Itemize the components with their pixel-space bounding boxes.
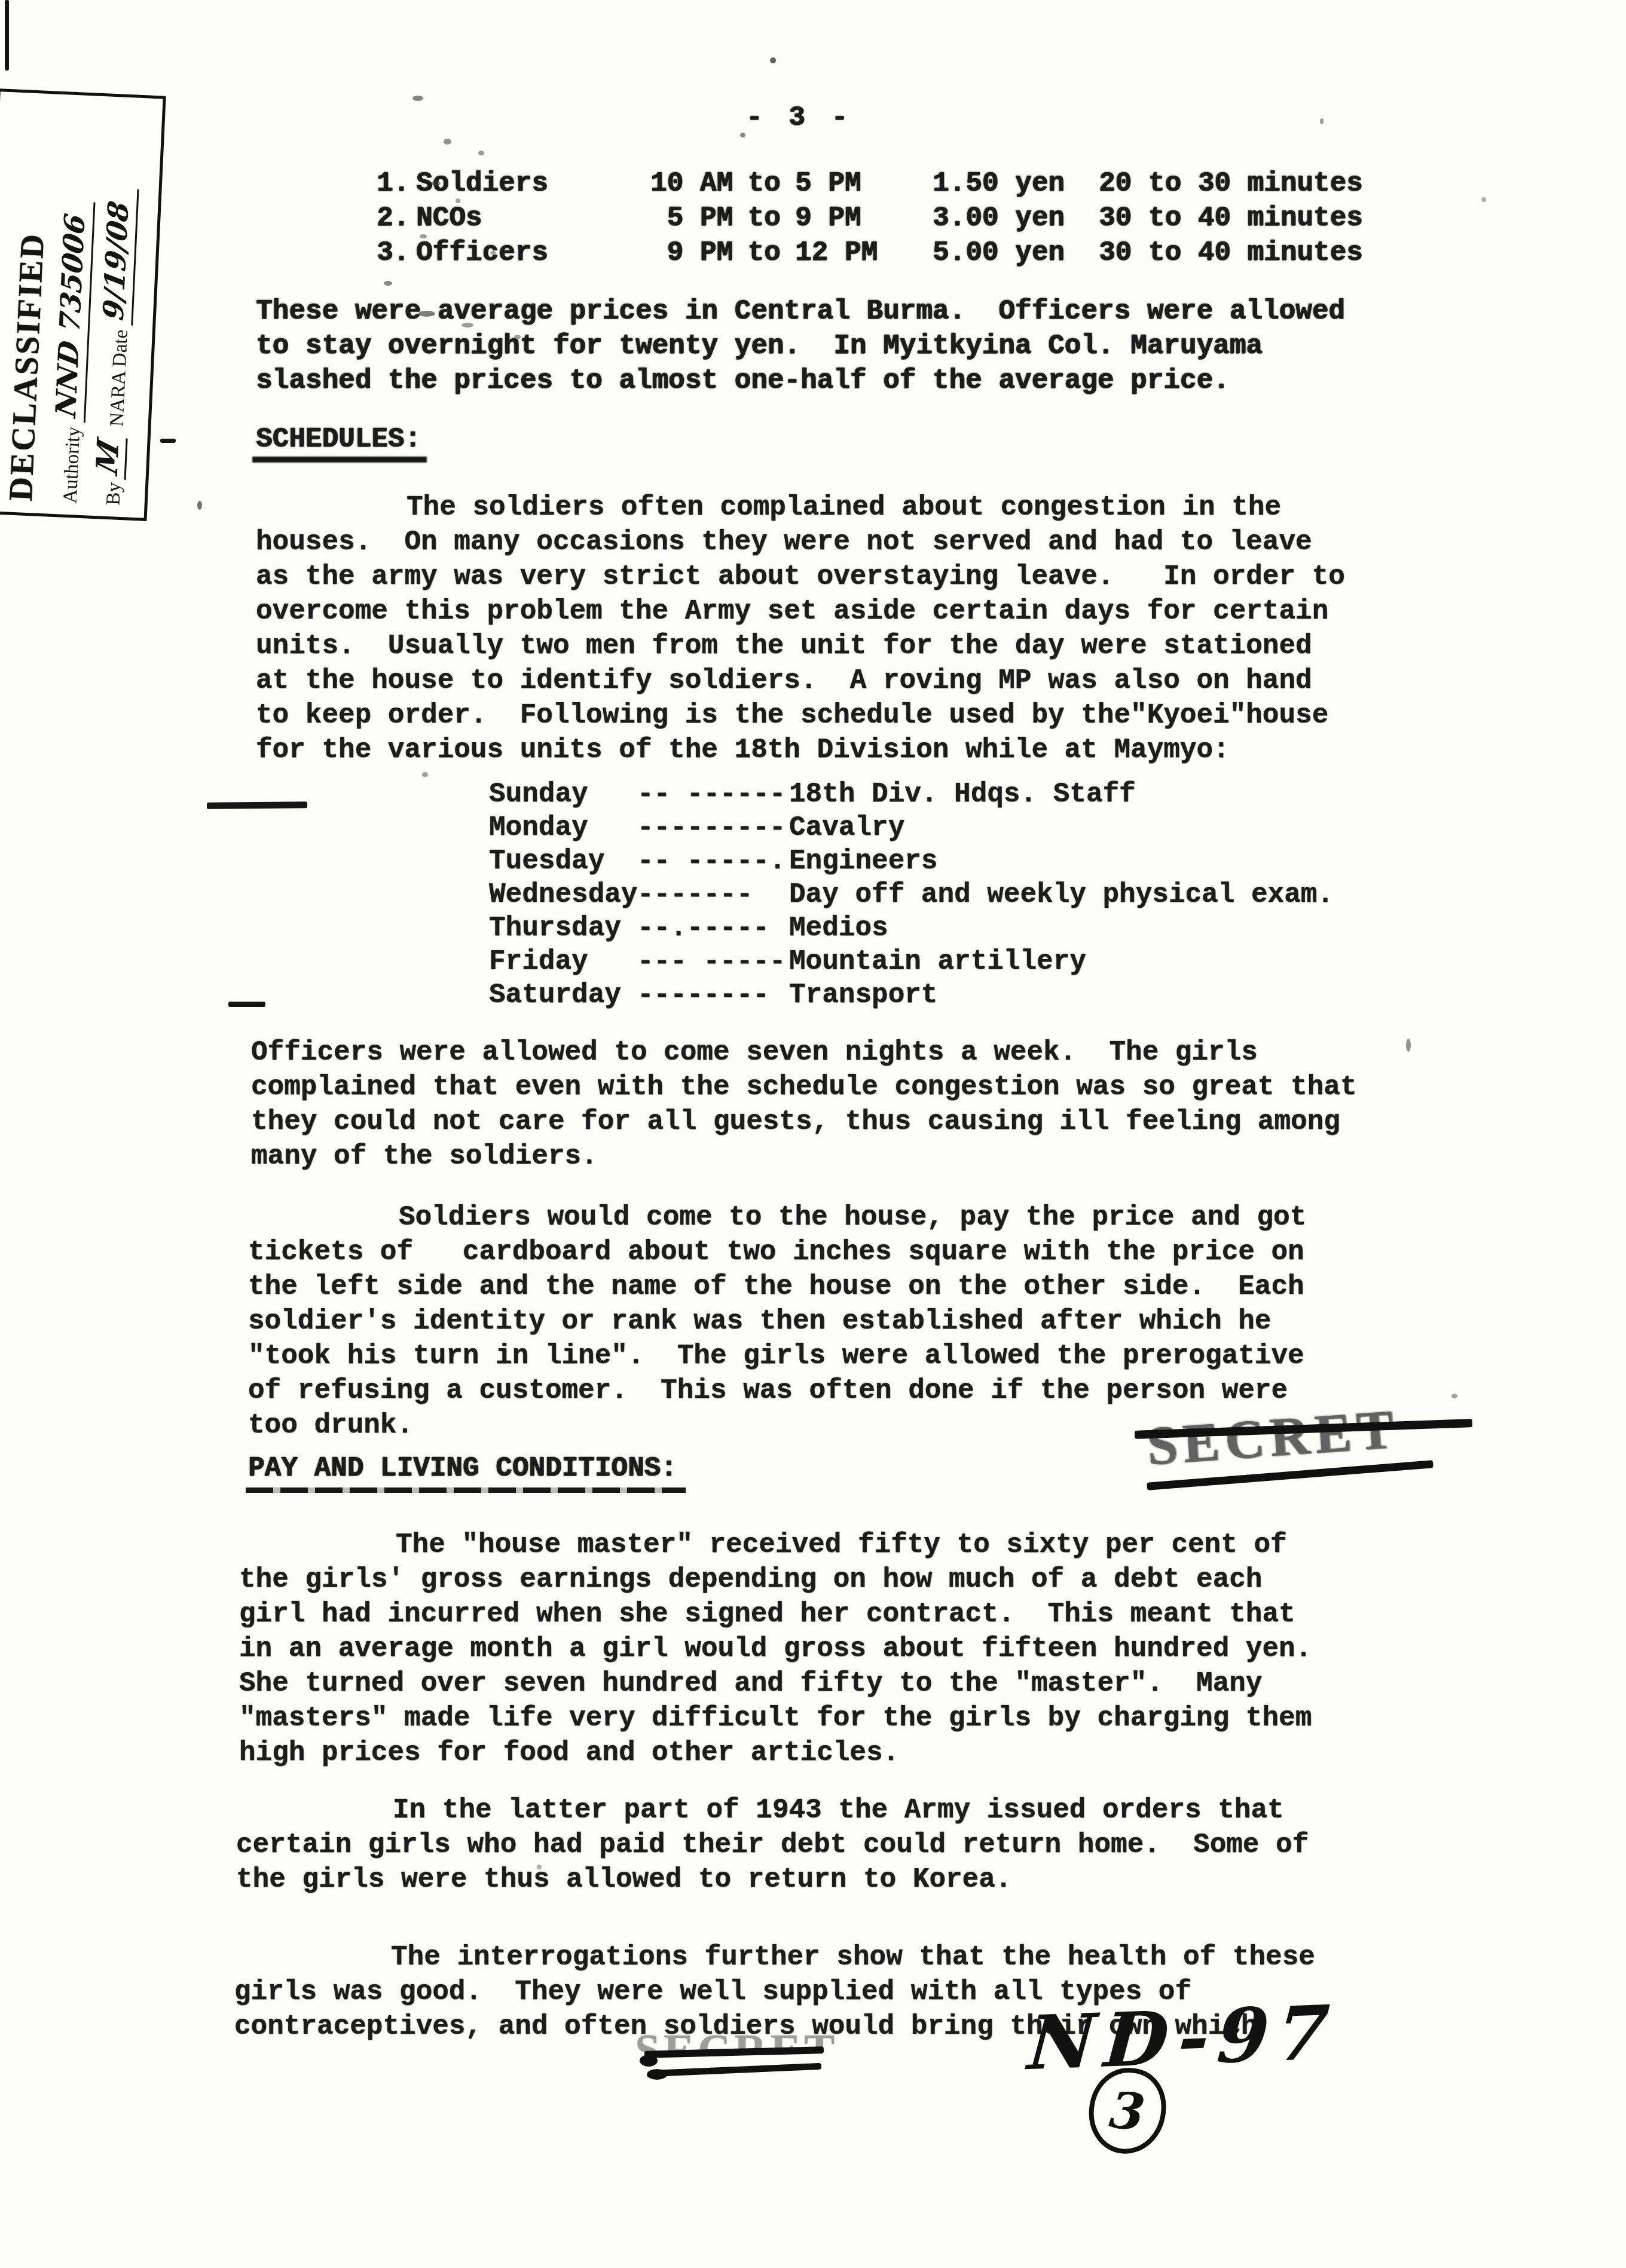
text-line: certain girls who had paid their debt co… — [236, 1828, 1309, 1862]
schedules-paragraph: The soldiers often complained about cong… — [256, 490, 1345, 767]
schedule-unit: Engineers — [789, 844, 937, 877]
schedule-row: Monday --------- Cavalry — [489, 810, 1334, 844]
pay-living-heading: PAY AND LIVING CONDITIONS: — [248, 1451, 677, 1486]
scan-speckle — [1406, 1039, 1411, 1052]
text-line: at the house to identify soldiers. A rov… — [256, 663, 1345, 698]
row-start-time: 10 AM — [625, 166, 733, 201]
row-duration: 30 to 40 minutes — [1099, 201, 1386, 235]
schedule-row: Friday --- ----- Mountain artillery — [489, 944, 1334, 978]
schedule-day: Saturday — [489, 978, 637, 1011]
schedule-day: Friday — [489, 944, 637, 978]
schedule-day: Thursday — [489, 911, 637, 944]
text-line: slashed the prices to almost one-half of… — [256, 363, 1345, 398]
schedule-row: Sunday -- ------ 18th Div. Hdqs. Staff — [489, 777, 1334, 810]
row-group: NCOs — [416, 201, 625, 235]
text-line: for the various units of the 18th Divisi… — [256, 733, 1345, 767]
nara-date-value-handwritten: 9/19/08 — [97, 183, 139, 326]
scan-speckle — [418, 311, 435, 317]
by-signature-handwritten: M — [89, 428, 127, 480]
text-line: houses. On many occasions they were not … — [256, 525, 1345, 559]
schedule-dashes: -- -----. — [637, 844, 789, 877]
text-line: "masters" made life very difficult for t… — [239, 1701, 1312, 1736]
handwritten-nd-number: ND-97 — [1025, 1990, 1340, 2087]
scan-speckle — [422, 772, 428, 777]
schedule-unit: Day off and weekly physical exam. — [789, 877, 1334, 911]
scan-speckle — [478, 151, 484, 155]
text-line: The "house master" received fifty to six… — [239, 1528, 1312, 1562]
text-line: in an average month a girl would gross a… — [239, 1632, 1312, 1666]
schedule-dashes: --- ----- — [637, 944, 789, 978]
scan-speckle — [1320, 118, 1324, 124]
intro-paragraph: These were average prices in Central Bur… — [256, 294, 1345, 398]
text-line: tickets of cardboard about two inches sq… — [248, 1235, 1306, 1269]
scan-speckle — [432, 180, 441, 186]
text-line: the girls were thus allowed to return to… — [236, 1862, 1309, 1897]
margin-mark — [160, 439, 176, 443]
authority-label: Authority — [60, 426, 85, 504]
schedule-day: Wednesday — [489, 877, 637, 911]
row-duration: 20 to 30 minutes — [1099, 166, 1386, 201]
text-line: to stay overnight for twenty yen. In Myi… — [256, 329, 1345, 363]
row-end-time: 9 PM — [795, 201, 915, 235]
schedule-unit: 18th Div. Hdqs. Staff — [789, 777, 1136, 810]
row-to: to — [733, 166, 795, 201]
schedule-dashes: -------- — [637, 978, 789, 1011]
schedule-row: Thursday --.----- Medios — [489, 911, 1334, 944]
pay-living-heading-wrap: PAY AND LIVING CONDITIONS: — [248, 1451, 677, 1486]
schedules-heading-wrap: SCHEDULES: — [256, 422, 421, 457]
scanned-document-page: DECLASSIFIED Authority NND 735006 By M N… — [0, 0, 1626, 2268]
row-start-time: 5 PM — [625, 201, 733, 235]
scan-speckle — [537, 1865, 542, 1869]
text-line: as the army was very strict about overst… — [256, 559, 1345, 594]
nara-date-label: NARA Date — [106, 329, 133, 427]
margin-mark — [207, 801, 307, 809]
row-duration: 30 to 40 minutes — [1099, 235, 1386, 270]
row-group: Officers — [416, 235, 625, 270]
faint-stamp-ink-blob — [647, 2069, 667, 2080]
price-table-row: 2. NCOs 5 PM to 9 PM 3.00 yen 30 to 40 m… — [377, 201, 1386, 235]
text-line: Soldiers would come to the house, pay th… — [248, 1200, 1306, 1235]
text-line: to keep order. Following is the schedule… — [256, 698, 1345, 733]
schedule-dashes: --.----- — [637, 911, 789, 944]
row-price: 3.00 yen — [933, 201, 1081, 235]
text-line: the left side and the name of the house … — [248, 1269, 1306, 1304]
circled-page-number-value: 3 — [1107, 2080, 1148, 2142]
schedule-row: Tuesday -- -----. Engineers — [489, 844, 1334, 877]
row-group: Soldiers — [416, 166, 625, 201]
row-number: 2. — [377, 201, 416, 235]
officers-paragraph: Officers were allowed to come seven nigh… — [251, 1035, 1357, 1174]
row-to: to — [733, 201, 795, 235]
text-line: These were average prices in Central Bur… — [256, 294, 1345, 329]
scan-speckle — [420, 234, 427, 238]
scan-speckle — [514, 335, 521, 339]
text-line: In the latter part of 1943 the Army issu… — [236, 1793, 1309, 1828]
schedule-unit: Mountain artillery — [789, 944, 1086, 978]
faint-stamp-ink-blob — [640, 2055, 658, 2067]
schedule-dashes: ------- — [637, 877, 789, 911]
text-line: overcome this problem the Army set aside… — [256, 594, 1345, 629]
schedule-row: Wednesday ------- Day off and weekly phy… — [489, 877, 1334, 911]
text-line: soldier's identity or rank was then esta… — [248, 1304, 1306, 1339]
schedule-unit: Transport — [789, 978, 937, 1011]
schedule-dashes: -- ------ — [637, 777, 789, 810]
return-paragraph: In the latter part of 1943 the Army issu… — [236, 1793, 1309, 1897]
row-to: to — [733, 235, 795, 270]
text-line: they could not care for all guests, thus… — [251, 1104, 1357, 1139]
text-line: complained that even with the schedule c… — [251, 1070, 1357, 1104]
scan-speckle — [461, 323, 473, 328]
scan-speckle — [490, 251, 496, 255]
schedules-heading: SCHEDULES: — [256, 422, 421, 457]
week-schedule-list: Sunday -- ------ 18th Div. Hdqs. Staff M… — [489, 777, 1334, 1011]
row-number: 3. — [377, 235, 416, 270]
scan-speckle — [197, 501, 202, 510]
row-price: 1.50 yen — [933, 166, 1081, 201]
text-line: of refusing a customer. This was often d… — [248, 1373, 1306, 1408]
margin-mark — [228, 1002, 265, 1007]
scan-speckle — [1451, 1394, 1457, 1398]
tickets-paragraph: Soldiers would come to the house, pay th… — [248, 1200, 1306, 1443]
authority-value-handwritten: NND 735006 — [50, 195, 95, 423]
scan-edge-artifact — [5, 0, 9, 71]
scan-speckle — [412, 96, 423, 101]
schedule-day: Monday — [489, 810, 637, 844]
scan-speckle — [740, 133, 745, 137]
by-label: By — [103, 482, 126, 506]
row-start-time: 9 PM — [625, 235, 733, 270]
text-line: "took his turn in line". The girls were … — [248, 1339, 1306, 1373]
row-number: 1. — [377, 166, 416, 201]
text-line: The soldiers often complained about cong… — [256, 490, 1345, 525]
scan-speckle — [770, 57, 776, 63]
house-master-paragraph: The "house master" received fifty to six… — [239, 1528, 1312, 1770]
price-table-row: 3. Officers 9 PM to 12 PM 5.00 yen 30 to… — [377, 235, 1386, 270]
text-line: girl had incurred when she signed her co… — [239, 1597, 1312, 1632]
row-end-time: 5 PM — [795, 166, 915, 201]
text-line: the girls' gross earnings depending on h… — [239, 1562, 1312, 1597]
page-number: - 3 - — [746, 100, 852, 135]
schedule-unit: Medios — [789, 911, 888, 944]
price-table-row: 1. Soldiers 10 AM to 5 PM 1.50 yen 20 to… — [377, 166, 1386, 201]
row-end-time: 12 PM — [795, 235, 915, 270]
faint-stamp-strike-line — [649, 2063, 821, 2077]
declassified-stamp-content: DECLASSIFIED Authority NND 735006 By M N… — [0, 103, 157, 507]
scan-speckle — [456, 198, 460, 203]
schedule-dashes: --------- — [637, 810, 789, 844]
scan-speckle — [1481, 197, 1486, 202]
schedule-day: Tuesday — [489, 844, 637, 877]
schedule-day: Sunday — [489, 777, 637, 810]
text-line: She turned over seven hundred and fifty … — [239, 1666, 1312, 1701]
text-line: high prices for food and other articles. — [239, 1736, 1312, 1770]
scan-speckle — [444, 139, 451, 145]
scan-speckle — [384, 281, 392, 286]
row-price: 5.00 yen — [933, 235, 1081, 270]
schedule-row: Saturday -------- Transport — [489, 978, 1334, 1011]
schedule-unit: Cavalry — [789, 810, 904, 844]
declassified-stamp: DECLASSIFIED Authority NND 735006 By M N… — [0, 88, 166, 521]
text-line: units. Usually two men from the unit for… — [256, 629, 1345, 663]
text-line: many of the soldiers. — [251, 1139, 1357, 1174]
text-line: The interrogations further show that the… — [234, 1940, 1315, 1975]
text-line: Officers were allowed to come seven nigh… — [251, 1035, 1357, 1070]
price-table: 1. Soldiers 10 AM to 5 PM 1.50 yen 20 to… — [377, 166, 1386, 270]
